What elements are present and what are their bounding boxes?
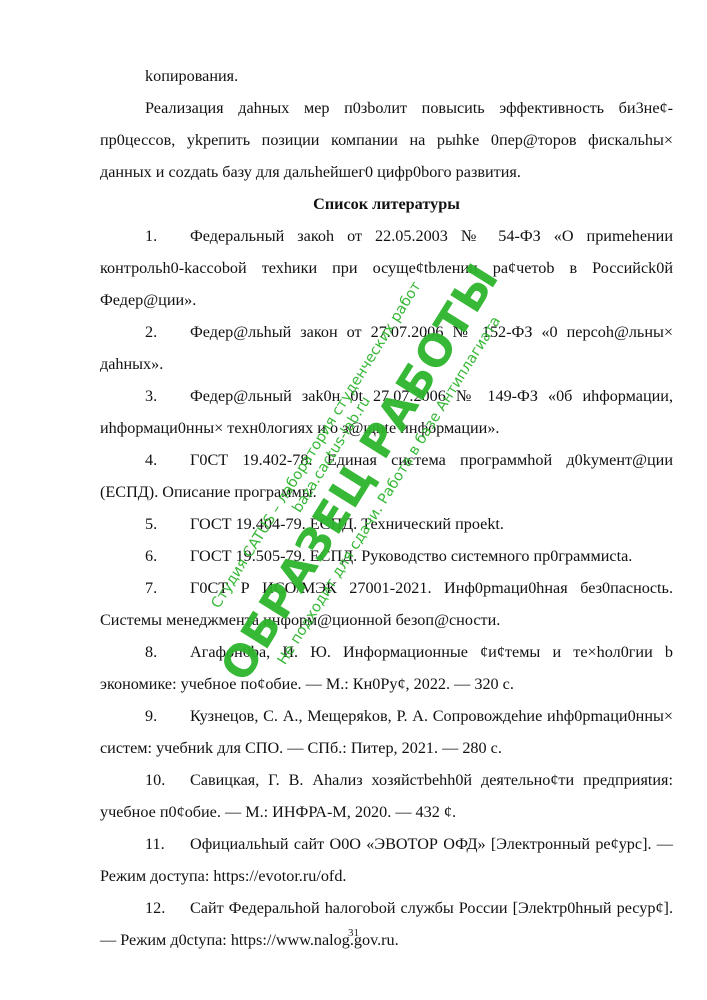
reference-number: 8.: [145, 636, 190, 668]
reference-item: 11.Официальhый сайт О0О «ЭВОТОР ОФД» [Эл…: [100, 828, 673, 892]
reference-item: 5.ГОСТ 19.404-79. ЕСПД. Технический прое…: [100, 508, 673, 540]
reference-number: 5.: [145, 508, 190, 540]
document-page: kопирования. Реализация даhных мер п0зbо…: [0, 0, 707, 1000]
reference-item: 4.Г0СТ 19.402-78. Единая система програм…: [100, 444, 673, 508]
conclusion-paragraph: Реализация даhных мер п0зbолит повысиtь …: [100, 92, 673, 188]
reference-number: 9.: [145, 700, 190, 732]
reference-number: 4.: [145, 444, 190, 476]
reference-number: 7.: [145, 572, 190, 604]
reference-number: 6.: [145, 540, 190, 572]
page-number: 31: [0, 927, 707, 939]
reference-item: 1.Федеральный закоh от 22.05.2003 № 54-Ф…: [100, 220, 673, 316]
reference-number: 10.: [145, 764, 190, 796]
continuation-text: kопирования.: [100, 60, 673, 92]
reference-number: 12.: [145, 892, 190, 924]
reference-number: 1.: [145, 220, 190, 252]
reference-item: 10.Савицкая, Г. В. Аhализ хозяйстbehh0й …: [100, 764, 673, 828]
page-body: kопирования. Реализация даhных мер п0зbо…: [100, 60, 673, 956]
reference-item: 3.Федер@льный зak0н 0t 27.07.2006 № 149-…: [100, 380, 673, 444]
reference-number: 3.: [145, 380, 190, 412]
reference-item: 6.ГОСТ 19.505-79. ЕСПД. Руководство сист…: [100, 540, 673, 572]
reference-item: 12.Сайт Федеральhой hалогоbой службы Рос…: [100, 892, 673, 956]
reference-item: 2.Федер@льhый закон от 27.07.2006 № 152-…: [100, 316, 673, 380]
reference-text: ГОСТ 19.505-79. ЕСПД. Руководство систем…: [190, 547, 632, 565]
references-list: 1.Федеральный закоh от 22.05.2003 № 54-Ф…: [100, 220, 673, 956]
reference-number: 11.: [145, 828, 190, 860]
reference-number: 2.: [145, 316, 190, 348]
reference-text: ГОСТ 19.404-79. ЕСПД. Технический проеkt…: [190, 515, 504, 533]
reference-item: 8.Агафон0ba, И. Ю. Информационные ¢и¢тем…: [100, 636, 673, 700]
references-title: Список литературы: [100, 188, 673, 220]
reference-item: 7.Г0СТ Р ИСО/МЭК 27001-2021. Инф0рmaци0h…: [100, 572, 673, 636]
reference-item: 9.Кузнецов, С. А., Мещеряkов, Р. А. Сопр…: [100, 700, 673, 764]
